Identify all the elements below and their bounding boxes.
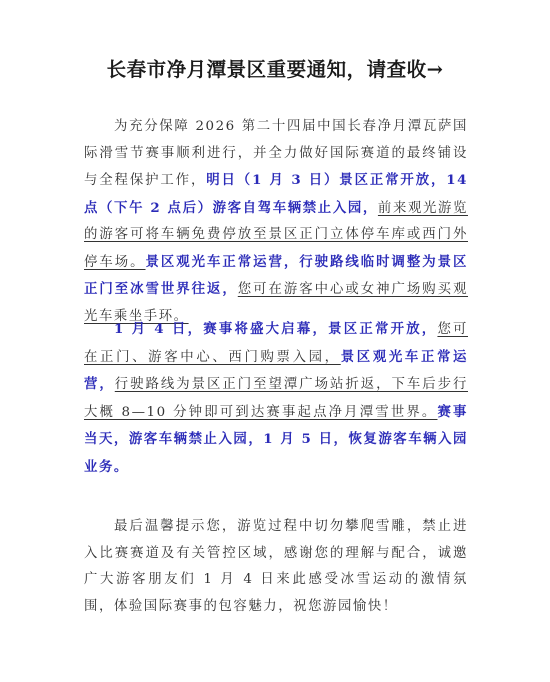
highlight-jan4-opening: 1 月 4 日，赛事将盛大启幕，景区正常开放， [114,321,437,337]
paragraph-closing-reminder: 最后温馨提示您，游览过程中切勿攀爬雪雕，禁止进入比赛赛道及有关管控区域，感谢您的… [84,514,468,620]
text-segment: 最后温馨提示您，游览过程中切勿攀爬雪雕，禁止进入比赛赛道及有关管控区域，感谢您的… [84,519,468,614]
paragraph-jan4-opening: 1 月 4 日，赛事将盛大启幕，景区正常开放，您可在正门、游客中心、西门购票入园… [84,316,468,481]
paragraph-parking-notice: 为充分保障 2026 第二十四届中国长春净月潭瓦萨国际滑雪节赛事顺利进行，并全力… [84,114,468,330]
notice-title: 长春市净月潭景区重要通知，请查收→ [0,54,550,82]
underline-route-info: 行驶路线为景区正门至望潭广场站折返，下车后步行大概 8—10 分钟即可到达赛事起… [84,377,468,420]
